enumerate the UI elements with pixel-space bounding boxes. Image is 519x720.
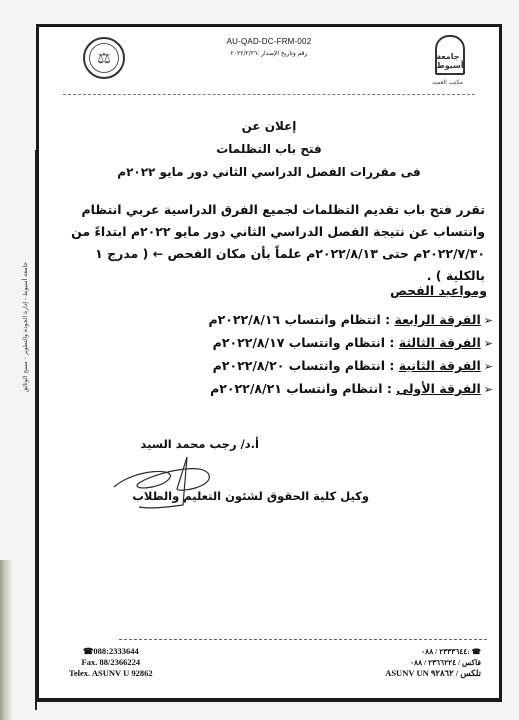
schedule-row: ➢الفرقة الثانية : انتظام وانتساب ٢٠٢٢/٨/… bbox=[208, 354, 493, 377]
issue-date: رقم وتاريخ الإصدار :٢٠٢٢/٢/٢٦ bbox=[39, 50, 499, 57]
level-detail: انتظام وانتساب ٢٠٢٢/٨/٢١م bbox=[210, 381, 382, 396]
arrow-bullet-icon: ➢ bbox=[484, 337, 493, 350]
fax-number-ar: فاكس / ٢٣٦٦٢٢٤ / ٠٨٨ bbox=[385, 657, 481, 668]
level-label: الفرقة الثالثة bbox=[399, 335, 481, 350]
telex-number: Telex. ASUNV U 92862 bbox=[69, 668, 153, 679]
arrow-bullet-icon: ➢ bbox=[484, 383, 493, 396]
level-detail: انتظام وانتساب ٢٠٢٢/٨/١٦م bbox=[208, 312, 380, 327]
document-code: AU-QAD-DC-FRM-002 bbox=[39, 37, 499, 46]
fax-number: Fax. 88/2366224 bbox=[69, 657, 153, 668]
letterhead: ⚖ AU-QAD-DC-FRM-002 رقم وتاريخ الإصدار :… bbox=[39, 27, 499, 97]
footer-contact-english: ☎088:2333644 Fax. 88/2366224 Telex. ASUN… bbox=[69, 646, 153, 679]
title-line-2: فتح باب التظلمات bbox=[39, 138, 499, 161]
footer-divider bbox=[119, 639, 487, 640]
announcement-body: تقرر فتح باب تقديم التظلمات لجميع الفرق … bbox=[57, 199, 485, 287]
university-logo: جامعة أسيوط bbox=[435, 35, 465, 75]
level-detail: انتظام وانتساب ٢٠٢٢/٨/٢٠م bbox=[213, 358, 385, 373]
dean-office-caption: مكتب العميد bbox=[432, 79, 463, 86]
telex-number-ar: تلكس / ٩٢٨٦٢ ASUNV UN bbox=[385, 668, 481, 679]
scales-icon: ⚖ bbox=[89, 43, 119, 73]
university-logo-text: جامعة أسيوط bbox=[436, 52, 463, 70]
footer-contact-arabic: ☎ :٢٣٣٣٦٤٤ / ٠٨٨ فاكس / ٢٣٦٦٢٢٤ / ٠٨٨ تل… bbox=[385, 646, 481, 679]
arrow-bullet-icon: ➢ bbox=[484, 360, 493, 373]
arrow-bullet-icon: ➢ bbox=[484, 314, 493, 327]
schedule-row: ➢الفرقة الأولى : انتظام وانتساب ٢٠٢٢/٨/٢… bbox=[208, 377, 493, 400]
level-label: الفرقة الثانية bbox=[399, 358, 481, 373]
announcement-title: إعلان عن فتح باب التظلمات فى مقررات الفص… bbox=[39, 115, 499, 184]
schedule-heading: ومواعيد الفحص bbox=[390, 283, 487, 298]
schedule-row: ➢الفرقة الرابعة : انتظام وانتساب ٢٠٢٢/٨/… bbox=[208, 308, 493, 331]
level-detail: انتظام وانتساب ٢٠٢٢/٨/١٧م bbox=[213, 335, 385, 350]
document-page: ⚖ AU-QAD-DC-FRM-002 رقم وتاريخ الإصدار :… bbox=[36, 24, 502, 702]
exam-schedule-list: ➢الفرقة الرابعة : انتظام وانتساب ٢٠٢٢/٨/… bbox=[208, 308, 493, 400]
level-label: الفرقة الأولى bbox=[396, 381, 481, 396]
schedule-row: ➢الفرقة الثالثة : انتظام وانتساب ٢٠٢٢/٨/… bbox=[208, 331, 493, 354]
title-line-3: فى مقررات الفصل الدراسي الثاني دور مايو … bbox=[39, 161, 499, 184]
margin-note: جامعة أسيوط - إدارة الجودة والتطوير - مس… bbox=[22, 262, 29, 392]
phone-number: ☎088:2333644 bbox=[69, 646, 153, 657]
scan-edge-shadow bbox=[0, 560, 12, 720]
title-line-1: إعلان عن bbox=[39, 115, 499, 138]
body-paragraph: تقرر فتح باب تقديم التظلمات لجميع الفرق … bbox=[57, 199, 485, 287]
header-divider bbox=[63, 94, 475, 95]
level-label: الفرقة الرابعة bbox=[395, 312, 481, 327]
phone-number-ar: ☎ :٢٣٣٣٦٤٤ / ٠٨٨ bbox=[385, 646, 481, 657]
signatory-title: وكيل كلية الحقوق لشئون التعليم والطلاب bbox=[132, 489, 369, 503]
